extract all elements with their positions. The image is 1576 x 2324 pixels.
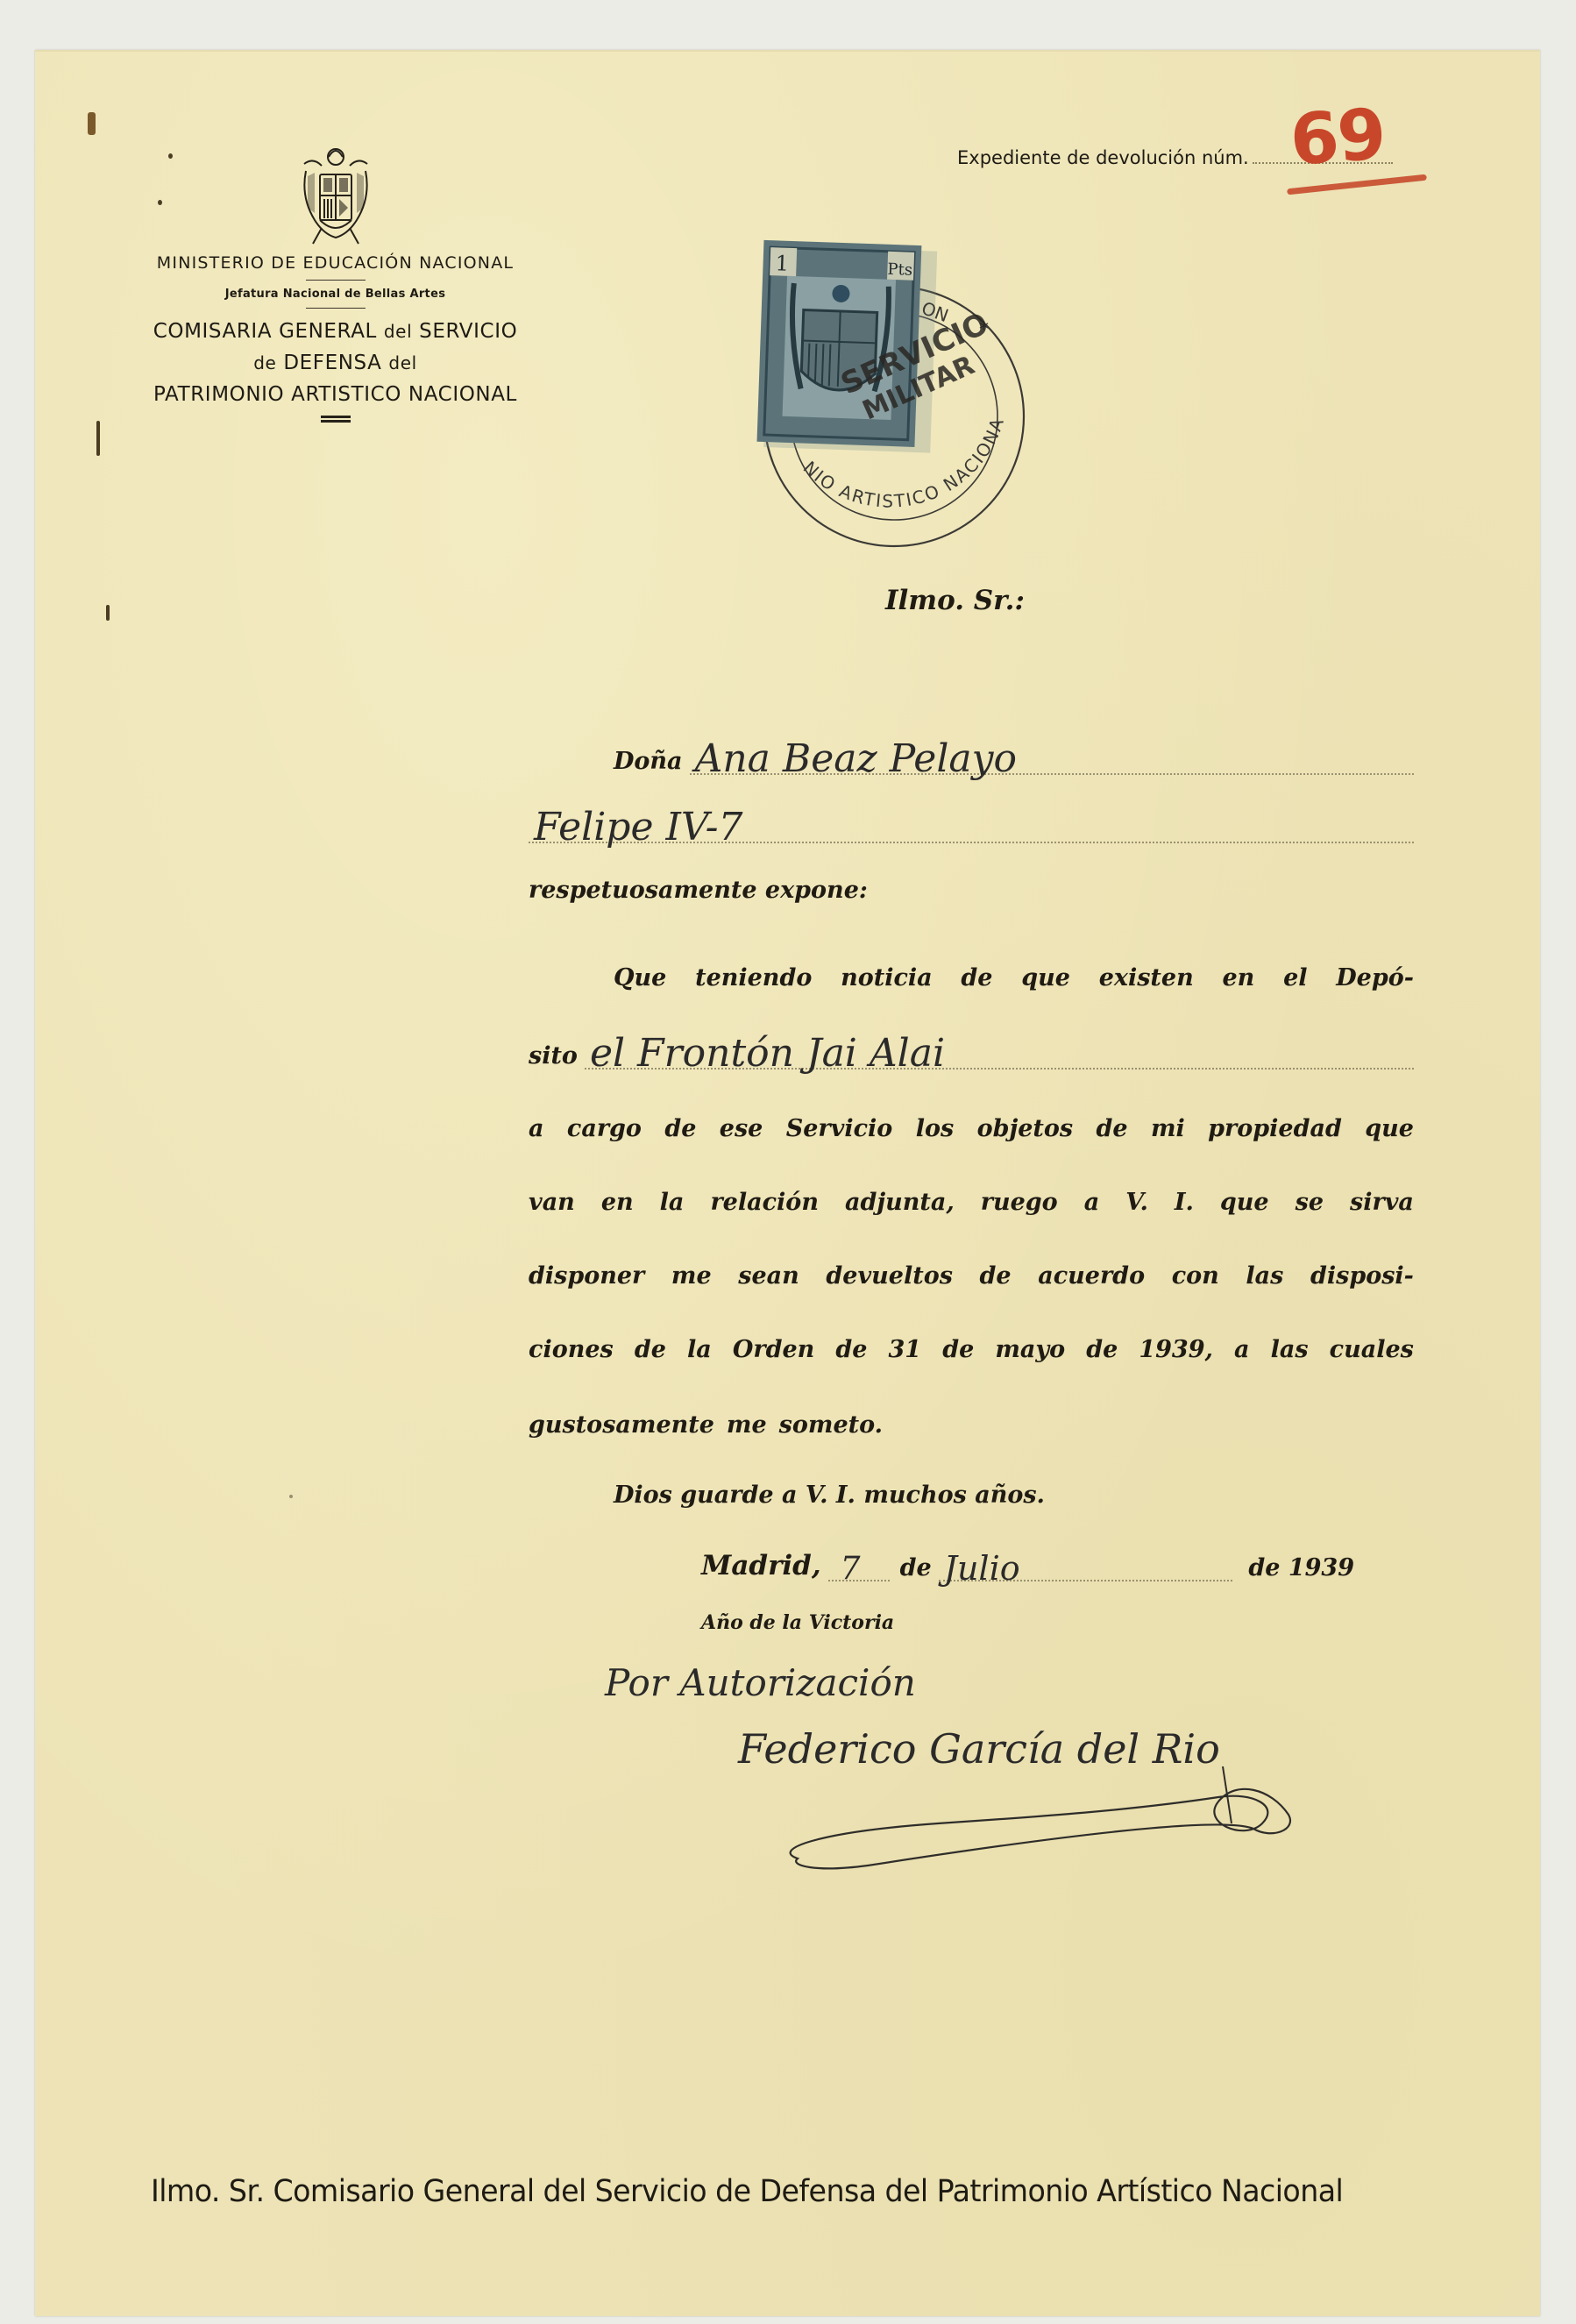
petitioner-name-field: Ana Beaz Pelayo xyxy=(690,747,1414,775)
deposito-field: el Frontón Jai Alai xyxy=(585,1041,1414,1070)
letterhead: MINISTERIO DE EDUCACIÓN NACIONAL Jefatur… xyxy=(140,145,530,423)
word: de xyxy=(664,1115,696,1142)
word: de xyxy=(1086,1336,1118,1363)
word: disponer xyxy=(529,1262,644,1290)
footer-addressee: Ilmo. Sr. Comisario General del Servicio… xyxy=(151,2174,1343,2209)
petitioner-address-row: Felipe IV-7 xyxy=(529,815,1414,843)
word: Orden xyxy=(733,1336,814,1363)
word: 1939, xyxy=(1139,1336,1213,1363)
word: disposi- xyxy=(1310,1262,1414,1290)
word: a xyxy=(529,1115,544,1142)
ministry-name: MINISTERIO DE EDUCACIÓN NACIONAL xyxy=(140,253,530,273)
word: de xyxy=(942,1336,974,1363)
revenue-stamp-and-seal: NIO ARTISTICO NACIONAL * 1 Pts SERVICIO … xyxy=(741,232,1030,557)
year-label: de 1939 xyxy=(1248,1554,1354,1581)
word: me xyxy=(727,1411,767,1439)
word: la xyxy=(660,1189,685,1216)
word: sean xyxy=(738,1262,799,1290)
body-line-1: Que teniendo noticia de que existen en e… xyxy=(614,964,1414,991)
word: la xyxy=(687,1336,712,1363)
word: que xyxy=(1365,1115,1414,1142)
deposito-row: sito el Frontón Jai Alai xyxy=(529,1041,1414,1070)
word: Depó- xyxy=(1336,964,1414,991)
word: existen xyxy=(1099,964,1194,991)
word: mi xyxy=(1151,1115,1185,1142)
word: ese xyxy=(720,1115,763,1142)
divider xyxy=(306,308,366,309)
word: en xyxy=(1222,964,1254,991)
petitioner-address-handwritten: Felipe IV-7 xyxy=(534,808,742,847)
paper-mark xyxy=(96,421,100,456)
body-line-7: gustosamente me someto. xyxy=(529,1411,1414,1439)
word: ciones xyxy=(529,1336,614,1363)
word: 31 xyxy=(889,1336,922,1363)
stamp-value-left: 1 xyxy=(775,251,789,276)
stamp-value-right: Pts xyxy=(887,260,912,280)
spanish-coat-of-arms-icon xyxy=(299,145,373,248)
word: cuales xyxy=(1330,1336,1414,1363)
expone-text: respetuosamente expone: xyxy=(529,877,868,904)
month-field: Julio xyxy=(939,1553,1233,1581)
word: los xyxy=(916,1115,954,1142)
word: someto. xyxy=(779,1411,883,1439)
expediente-number: 69 xyxy=(1288,93,1388,181)
word: van xyxy=(529,1189,575,1216)
comisaria-text: PATRIMONIO ARTISTICO NACIONAL xyxy=(140,379,530,410)
title-label: Doña xyxy=(614,748,683,775)
word: las xyxy=(1246,1262,1283,1290)
paper-mark xyxy=(106,605,110,621)
word: a xyxy=(1084,1189,1100,1216)
word: relación xyxy=(710,1189,819,1216)
place-label: Madrid, xyxy=(701,1550,821,1581)
word: de xyxy=(1096,1115,1127,1142)
ano-victoria: Año de la Victoria xyxy=(701,1611,894,1634)
word: Servicio xyxy=(786,1115,893,1142)
word: ruego xyxy=(981,1189,1058,1216)
word: de xyxy=(980,1262,1012,1290)
comisaria-text: DEFENSA xyxy=(283,352,381,374)
word: que xyxy=(1220,1189,1269,1216)
word: a xyxy=(1234,1336,1250,1363)
word: con xyxy=(1172,1262,1219,1290)
comisaria-text: del xyxy=(384,321,412,342)
comisaria-text: SERVICIO xyxy=(419,320,517,343)
word: V. xyxy=(1125,1189,1148,1216)
word: que xyxy=(1021,964,1070,991)
petitioner-address-field: Felipe IV-7 xyxy=(529,815,1414,843)
word: gustosamente xyxy=(529,1411,714,1439)
word: cargo xyxy=(567,1115,642,1142)
word: I. xyxy=(1175,1189,1194,1216)
comisaria-text: del xyxy=(388,352,416,373)
comisaria-name: COMISARIA GENERAL del SERVICIO de DEFENS… xyxy=(140,316,530,410)
paper-mark xyxy=(289,1495,293,1498)
body-line-5: disponer me sean devueltos de acuerdo co… xyxy=(529,1262,1414,1290)
date-row: Madrid, 7 de Julio de 1939 xyxy=(701,1550,1354,1581)
word: en xyxy=(601,1189,634,1216)
deposito-handwritten: el Frontón Jai Alai xyxy=(590,1034,945,1073)
word: noticia xyxy=(841,964,933,991)
petitioner-name-row: Doña Ana Beaz Pelayo xyxy=(614,747,1414,775)
word: se xyxy=(1296,1189,1324,1216)
word: de xyxy=(835,1336,867,1363)
body-line-4: van en la relación adjunta, ruego a V. I… xyxy=(529,1189,1414,1216)
day-field: 7 xyxy=(828,1553,890,1581)
word: de xyxy=(961,964,992,991)
por-autorizacion-handwritten: Por Autorización xyxy=(605,1661,916,1704)
comisaria-text: de xyxy=(253,352,276,373)
word: teniendo xyxy=(695,964,812,991)
de-label: de xyxy=(900,1554,932,1581)
word: sirva xyxy=(1350,1189,1414,1216)
body-line-6: ciones de la Orden de 31 de mayo de 1939… xyxy=(529,1336,1414,1363)
dios-guarde: Dios guarde a V. I. muchos años. xyxy=(614,1482,1045,1509)
deposito-label: sito xyxy=(529,1042,578,1070)
word: mayo xyxy=(995,1336,1065,1363)
body-line-3: a cargo de ese Servicio los objetos de m… xyxy=(529,1115,1414,1142)
salutation: Ilmo. Sr.: xyxy=(885,585,1025,616)
word: Que xyxy=(614,964,666,991)
jefatura-name: Jefatura Nacional de Bellas Artes xyxy=(140,288,530,301)
word: devueltos xyxy=(826,1262,953,1290)
word: adjunta, xyxy=(845,1189,955,1216)
signature-flourish-icon xyxy=(763,1762,1297,1876)
divider xyxy=(306,280,366,281)
word: propiedad xyxy=(1208,1115,1342,1142)
word: de xyxy=(635,1336,666,1363)
word: acuerdo xyxy=(1038,1262,1145,1290)
word: las xyxy=(1271,1336,1309,1363)
word: me xyxy=(671,1262,712,1290)
petitioner-name-handwritten: Ana Beaz Pelayo xyxy=(695,740,1017,778)
word: el xyxy=(1283,964,1307,991)
word: objetos xyxy=(977,1115,1074,1142)
paper-mark xyxy=(88,112,96,135)
month-handwritten: Julio xyxy=(944,1552,1020,1585)
comisaria-text: COMISARIA GENERAL xyxy=(153,320,377,343)
expediente-label: Expediente de devolución núm. xyxy=(957,147,1249,168)
seal-icon: NIO ARTISTICO NACIONAL * 1 Pts SERVICIO … xyxy=(741,232,1030,557)
day-handwritten: 7 xyxy=(841,1553,861,1585)
double-rule xyxy=(321,416,351,423)
